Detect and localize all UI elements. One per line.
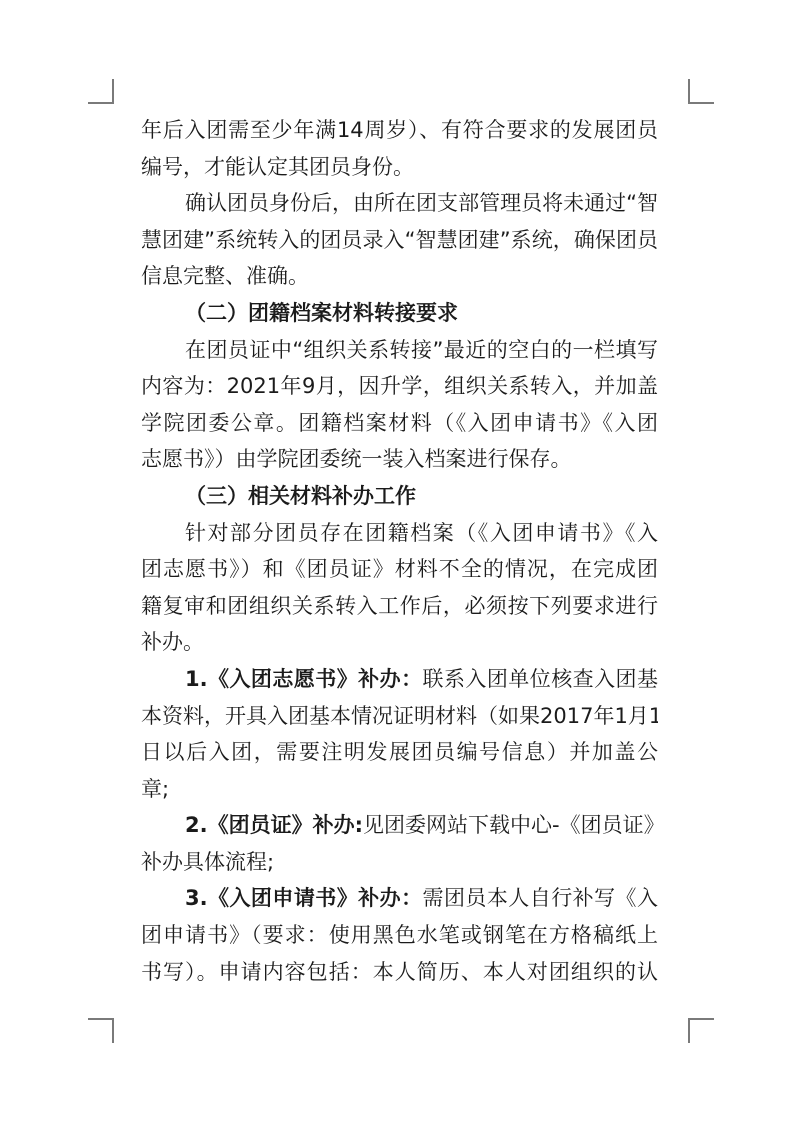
corner-mark-top-right-v xyxy=(688,79,690,104)
paragraph-line: 补办具体流程; xyxy=(141,844,658,881)
list-item-line: 2.《团员证》补办:见团委网站下载中心-《团员证》 xyxy=(141,807,658,844)
list-item-text: 见团委网站下载中心-《团员证》 xyxy=(363,813,658,837)
paragraph-line: 补办。 xyxy=(141,624,658,661)
list-item-text: 联系入团单位核查入团基 xyxy=(423,667,658,691)
section-heading: （三）相关材料补办工作 xyxy=(141,478,658,515)
list-item-title: 2.《团员证》补办: xyxy=(185,813,363,837)
corner-mark-bottom-left-v xyxy=(112,1018,114,1043)
corner-mark-top-right-h xyxy=(688,102,714,104)
paragraph-line: 团志愿书》）和《团员证》材料不全的情况，在完成团 xyxy=(141,551,658,588)
paragraph-line: 确认团员身份后，由所在团支部管理员将未通过“智 xyxy=(141,185,658,222)
paragraph-line: 本资料，开具入团基本情况证明材料（如果2017年1月1 xyxy=(141,698,658,735)
paragraph-line: 书写）。申请内容包括：本人简历、本人对团组织的认 xyxy=(141,954,658,991)
paragraph-line: 慧团建”系统转入的团员录入“智慧团建”系统，确保团员 xyxy=(141,222,658,259)
paragraph-line: 信息完整、准确。 xyxy=(141,258,658,295)
paragraph-line: 日以后入团，需要注明发展团员编号信息）并加盖公 xyxy=(141,734,658,771)
corner-mark-bottom-left-h xyxy=(88,1018,114,1020)
paragraph-line: 学院团委公章。团籍档案材料（《入团申请书》《入团 xyxy=(141,405,658,442)
corner-mark-bottom-right-v xyxy=(688,1018,690,1043)
section-heading: （二）团籍档案材料转接要求 xyxy=(141,295,658,332)
document-body: 年后入团需至少年满14周岁）、有符合要求的发展团员 编号，才能认定其团员身份。 … xyxy=(141,112,658,990)
paragraph-line: 年后入团需至少年满14周岁）、有符合要求的发展团员 xyxy=(141,112,658,149)
list-item-line: 1.《入团志愿书》补办：联系入团单位核查入团基 xyxy=(141,661,658,698)
corner-mark-top-left-v xyxy=(112,79,114,104)
paragraph-line: 针对部分团员存在团籍档案（《入团申请书》《入 xyxy=(141,515,658,552)
paragraph-line: 章; xyxy=(141,771,658,808)
paragraph-line: 编号，才能认定其团员身份。 xyxy=(141,149,658,186)
paragraph-line: 内容为：2021年9月，因升学，组织关系转入，并加盖 xyxy=(141,368,658,405)
paragraph-line: 在团员证中“组织关系转接”最近的空白的一栏填写 xyxy=(141,332,658,369)
list-item-title: 1.《入团志愿书》补办： xyxy=(185,667,423,691)
paragraph-line: 籍复审和团组织关系转入工作后，必须按下列要求进行 xyxy=(141,588,658,625)
corner-mark-bottom-right-h xyxy=(688,1018,714,1020)
paragraph-line: 志愿书》）由学院团委统一装入档案进行保存。 xyxy=(141,441,658,478)
list-item-line: 3.《入团申请书》补办：需团员本人自行补写《入 xyxy=(141,880,658,917)
paragraph-line: 团申请书》（要求：使用黑色水笔或钢笔在方格稿纸上 xyxy=(141,917,658,954)
list-item-text: 需团员本人自行补写《入 xyxy=(423,886,658,910)
list-item-title: 3.《入团申请书》补办： xyxy=(185,886,423,910)
corner-mark-top-left-h xyxy=(88,102,114,104)
